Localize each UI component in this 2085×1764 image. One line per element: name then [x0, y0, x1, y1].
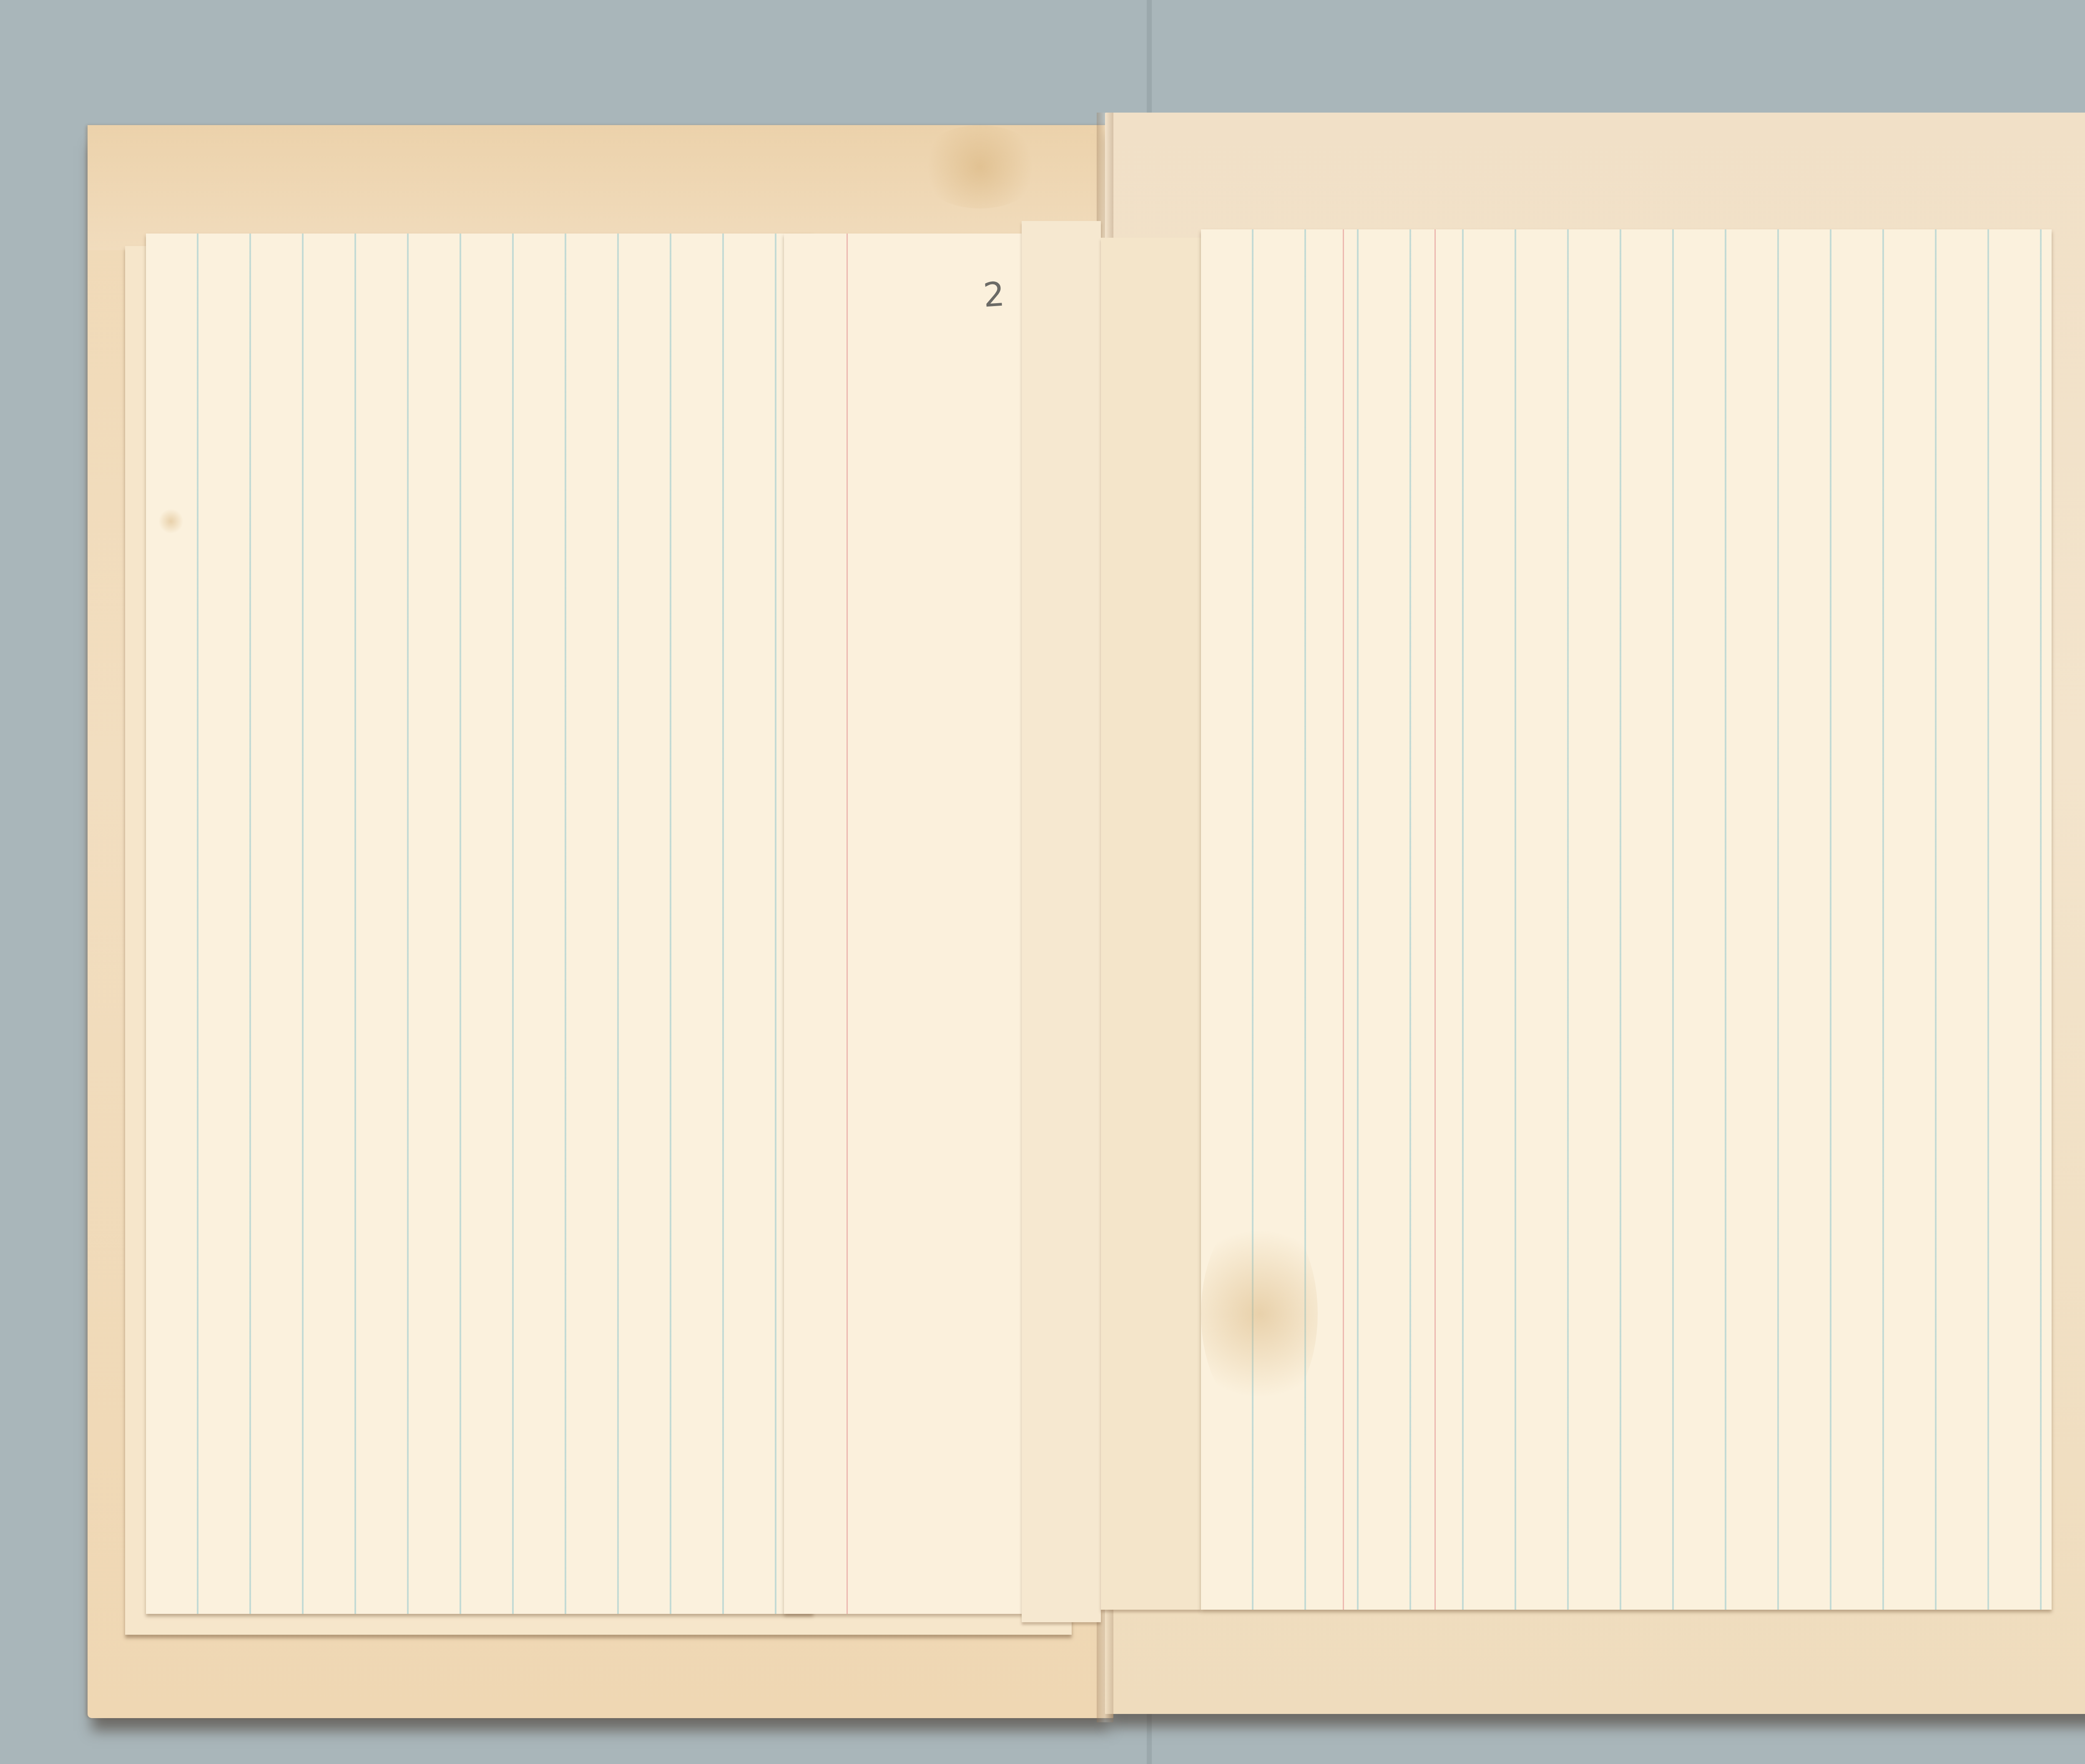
water-stain: [1201, 1209, 1318, 1418]
right-ruled-sheet: [1201, 229, 2052, 1610]
foxing-spot: [158, 509, 183, 534]
margin-line-2: [1434, 229, 1436, 1610]
margin-line-1: [1343, 229, 1344, 1610]
left-ruled-sheet: [146, 234, 813, 1614]
page-number: 2: [982, 274, 1006, 314]
margin-line: [847, 234, 848, 1614]
left-paper-strip: [1022, 221, 1101, 1622]
left-folded-sheet: [784, 234, 1055, 1614]
foxing-spot: [917, 125, 1042, 209]
right-paper-strip: [1101, 238, 1201, 1610]
